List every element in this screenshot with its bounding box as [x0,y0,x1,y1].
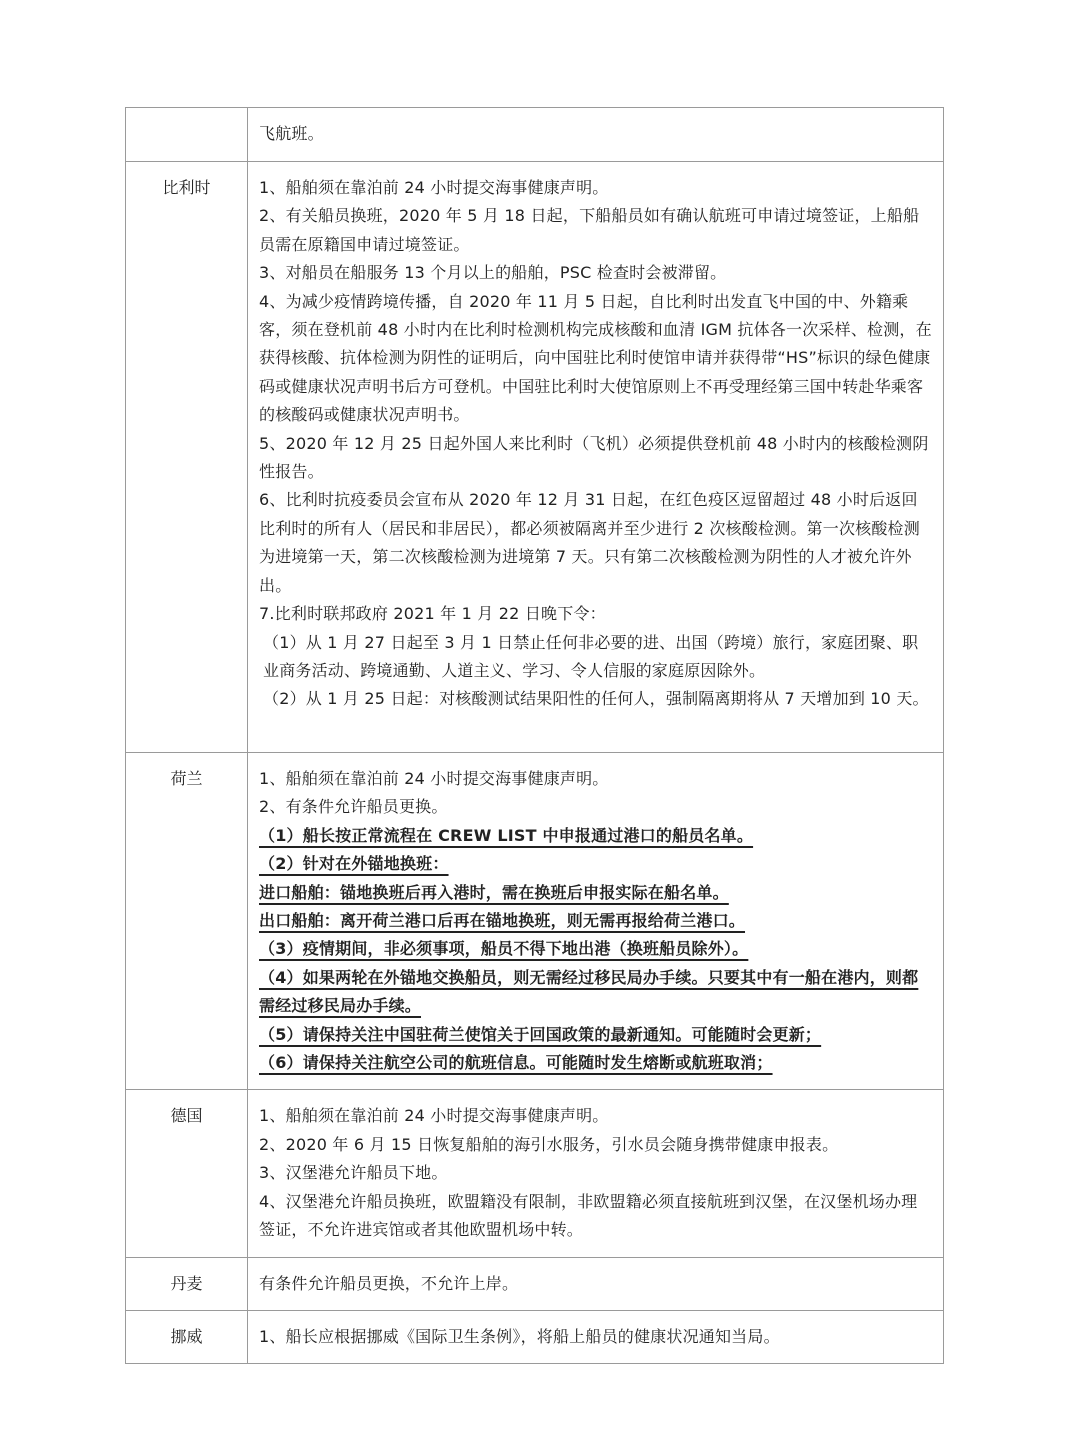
table-row: 挪威 1、船长应根据挪威《国际卫生条例》，将船上船员的健康状况通知当局。 [126,1310,944,1363]
content-line-bold: 进口船舶：锚地换班后再入港时，需在换班后申报实际在船名单。 [259,879,933,907]
content-line: （1）从 1 月 27 日起至 3 月 1 日禁止任何非必要的进、出国（跨境）旅… [259,629,933,686]
content-line: 6、比利时抗疫委员会宣布从 2020 年 12 月 31 日起，在红色疫区逗留超… [259,486,933,600]
content-line: 4、汉堡港允许船员换班，欧盟籍没有限制，非欧盟籍必须直接航班到汉堡，在汉堡机场办… [259,1188,933,1245]
content-line-bold: 出口船舶：离开荷兰港口后再在锚地换班，则无需再报给荷兰港口。 [259,907,933,935]
table-row: 飞航班。 [126,108,944,162]
table-row: 丹麦 有条件允许船员更换，不允许上岸。 [126,1257,944,1310]
content-line: 有条件允许船员更换，不允许上岸。 [259,1270,933,1298]
content-cell: 飞航班。 [248,108,944,162]
regulations-table: 飞航班。 比利时 1、船舶须在靠泊前 24 小时提交海事健康声明。 2、有关船员… [125,107,944,1364]
country-cell [126,108,248,162]
content-line: 4、为减少疫情跨境传播，自 2020 年 11 月 5 日起，自比利时出发直飞中… [259,288,933,430]
content-line-bold: （3）疫情期间，非必须事项，船员不得下地出港（换班船员除外）。 [259,935,933,963]
country-cell: 比利时 [126,162,248,753]
country-cell: 德国 [126,1090,248,1257]
content-line: 2、有条件允许船员更换。 [259,793,933,821]
content-line: 2、2020 年 6 月 15 日恢复船舶的海引水服务，引水员会随身携带健康申报… [259,1131,933,1159]
table-row: 比利时 1、船舶须在靠泊前 24 小时提交海事健康声明。 2、有关船员换班，20… [126,162,944,753]
country-cell: 挪威 [126,1310,248,1363]
content-line-bold: （6）请保持关注航空公司的航班信息。可能随时发生熔断或航班取消； [259,1049,933,1077]
content-cell: 1、船长应根据挪威《国际卫生条例》，将船上船员的健康状况通知当局。 [248,1310,944,1363]
content-line: 2、有关船员换班，2020 年 5 月 18 日起，下船船员如有确认航班可申请过… [259,202,933,259]
content-cell: 1、船舶须在靠泊前 24 小时提交海事健康声明。 2、有条件允许船员更换。 （1… [248,753,944,1090]
content-line: 3、汉堡港允许船员下地。 [259,1159,933,1187]
content-line: 1、船舶须在靠泊前 24 小时提交海事健康声明。 [259,765,933,793]
content-line: 1、船舶须在靠泊前 24 小时提交海事健康声明。 [259,1102,933,1130]
content-cell: 有条件允许船员更换，不允许上岸。 [248,1257,944,1310]
content-line-bold: （2）针对在外锚地换班： [259,850,933,878]
table-row: 德国 1、船舶须在靠泊前 24 小时提交海事健康声明。 2、2020 年 6 月… [126,1090,944,1257]
content-line: （2）从 1 月 25 日起：对核酸测试结果阳性的任何人，强制隔离期将从 7 天… [259,685,933,713]
content-line-bold: （1）船长按正常流程在 CREW LIST 中申报通过港口的船员名单。 [259,822,933,850]
table-row: 荷兰 1、船舶须在靠泊前 24 小时提交海事健康声明。 2、有条件允许船员更换。… [126,753,944,1090]
content-line: 5、2020 年 12 月 25 日起外国人来比利时（飞机）必须提供登机前 48… [259,430,933,487]
content-line-bold: （4）如果两轮在外锚地交换船员，则无需经过移民局办手续。只要其中有一船在港内，则… [259,964,933,1021]
content-line-bold: （5）请保持关注中国驻荷兰使馆关于回国政策的最新通知。可能随时会更新； [259,1021,933,1049]
content-line: 1、船长应根据挪威《国际卫生条例》，将船上船员的健康状况通知当局。 [259,1323,933,1351]
content-line: 1、船舶须在靠泊前 24 小时提交海事健康声明。 [259,174,933,202]
content-line: 飞航班。 [259,120,933,148]
country-cell: 荷兰 [126,753,248,1090]
content-cell: 1、船舶须在靠泊前 24 小时提交海事健康声明。 2、2020 年 6 月 15… [248,1090,944,1257]
country-cell: 丹麦 [126,1257,248,1310]
content-cell: 1、船舶须在靠泊前 24 小时提交海事健康声明。 2、有关船员换班，2020 年… [248,162,944,753]
content-line: 7.比利时联邦政府 2021 年 1 月 22 日晚下令： [259,600,933,628]
content-line: 3、对船员在船服务 13 个月以上的船舶，PSC 检查时会被滞留。 [259,259,933,287]
